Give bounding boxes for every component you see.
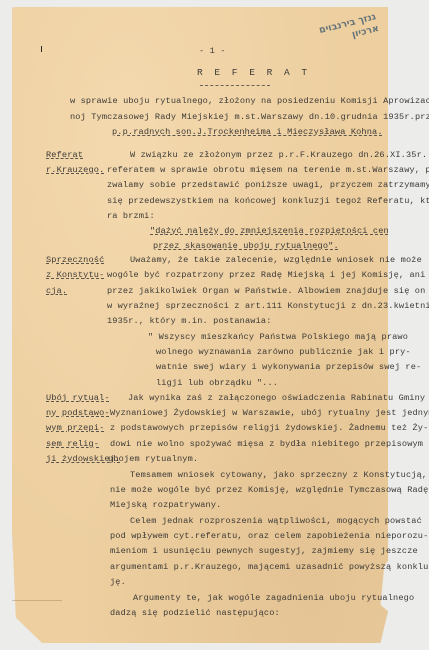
body-line: w wyraźnej sprzeczności z art.111 Konsty…: [107, 301, 429, 311]
body-line: argumentami p.r.Krauzego, mającemi uzasa…: [110, 562, 429, 572]
quote-line: wolnego wyznawania zarówno publicznie ja…: [156, 347, 411, 357]
quote-line: ligji lub obrządku "...: [156, 378, 278, 388]
margin-note: z Konstytu-: [46, 270, 104, 280]
body-line: się przedewszystkiem na końcowej konkluz…: [107, 196, 429, 206]
quote-line: "dążyć należy do zmniejszenia rozpiętośc…: [150, 226, 389, 236]
body-line: Temsamem wniosek cytowany, jako sprzeczn…: [130, 470, 427, 480]
body-line: ubojem rytualnym.: [108, 454, 198, 464]
body-line: dowi nie wolno spożywać mięsa z bydła ni…: [110, 439, 423, 449]
body-line: dadzą się podzielić następująco:: [110, 608, 280, 618]
header-line: noj Tymczasowej Rady Miejskiej m.st.Wars…: [70, 112, 429, 122]
margin-note: Referat: [46, 150, 83, 160]
body-line: W związku ze złożonym przez p.r.F.Krauze…: [130, 150, 427, 160]
body-line: wogóle być rozpatrzony przez Radę Miejsk…: [107, 270, 425, 280]
body-line: zwalamy sobie przedstawić poniższe uwagi…: [107, 180, 429, 190]
body-line: Wyznaniowej Żydowskiej w Warszawie, ubój…: [110, 408, 429, 418]
body-line: pod wpływem cyt.referatu, oraz celem zap…: [110, 531, 428, 541]
document-title: R E F E R A T: [197, 67, 310, 78]
title-underline: [200, 85, 270, 86]
staple-mark: [41, 46, 42, 52]
body-line: Argumenty te, jak wogóle zagadnienia ubo…: [133, 593, 414, 603]
body-line: Celem jednak rozproszenia wątpliwości, m…: [130, 516, 422, 526]
body-line: 1935r., który m.in. postanawia:: [107, 316, 272, 326]
body-line: nie może wogóle być przez Komisję, wzglę…: [110, 485, 428, 495]
margin-note: ny podstawo-: [46, 408, 110, 418]
header-line: w sprawie uboju rytualnego, złożony na p…: [70, 96, 429, 106]
body-line: referatem w sprawie obrotu mięsem na ter…: [107, 165, 429, 175]
body-line: mieniom i usunięciu pewnych sugestyj, za…: [110, 546, 418, 556]
page-number: - 1 -: [199, 46, 226, 56]
quote-line: watnie swej wiary i wykonywania przepisó…: [156, 362, 421, 372]
body-line: Jak wynika zaś z załączonego oświadczeni…: [128, 393, 425, 403]
quote-line: przez skasowanie uboju rytualnego".: [153, 241, 339, 251]
body-line: Miejską rozpatrywany.: [110, 500, 221, 510]
margin-note: r.Krauzego.: [46, 165, 104, 175]
header-line: p.p.radnych son.J.Trockenheima i Mieczys…: [112, 127, 383, 137]
margin-note: Sprzeczność: [46, 255, 104, 265]
margin-note: sem relig-: [46, 439, 99, 449]
margin-note: Ubój rytual-: [46, 393, 110, 403]
body-line: Uważamy, że takie zalecenie, względnie w…: [130, 255, 422, 265]
body-line: ję.: [110, 577, 126, 587]
quote-line: " Wszyscy mieszkańcy Państwa Polskiego m…: [148, 332, 408, 342]
body-line: z podstawowych przepisów religji żydowsk…: [110, 423, 428, 433]
body-line: przez jakikolwiek Organ w Państwie. Albo…: [107, 286, 425, 296]
margin-note: cja.: [46, 286, 67, 296]
body-line: ra brzmi:: [107, 211, 155, 221]
paper-fold: [12, 600, 62, 641]
margin-note: wym przepi-: [46, 423, 104, 433]
